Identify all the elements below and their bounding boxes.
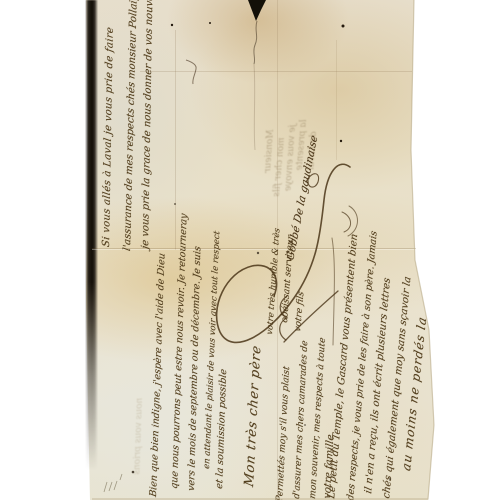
paper-left-edge-shadow <box>85 0 98 470</box>
letter-photo: Monsieur mon cher fils je vous envoye la… <box>0 0 500 500</box>
